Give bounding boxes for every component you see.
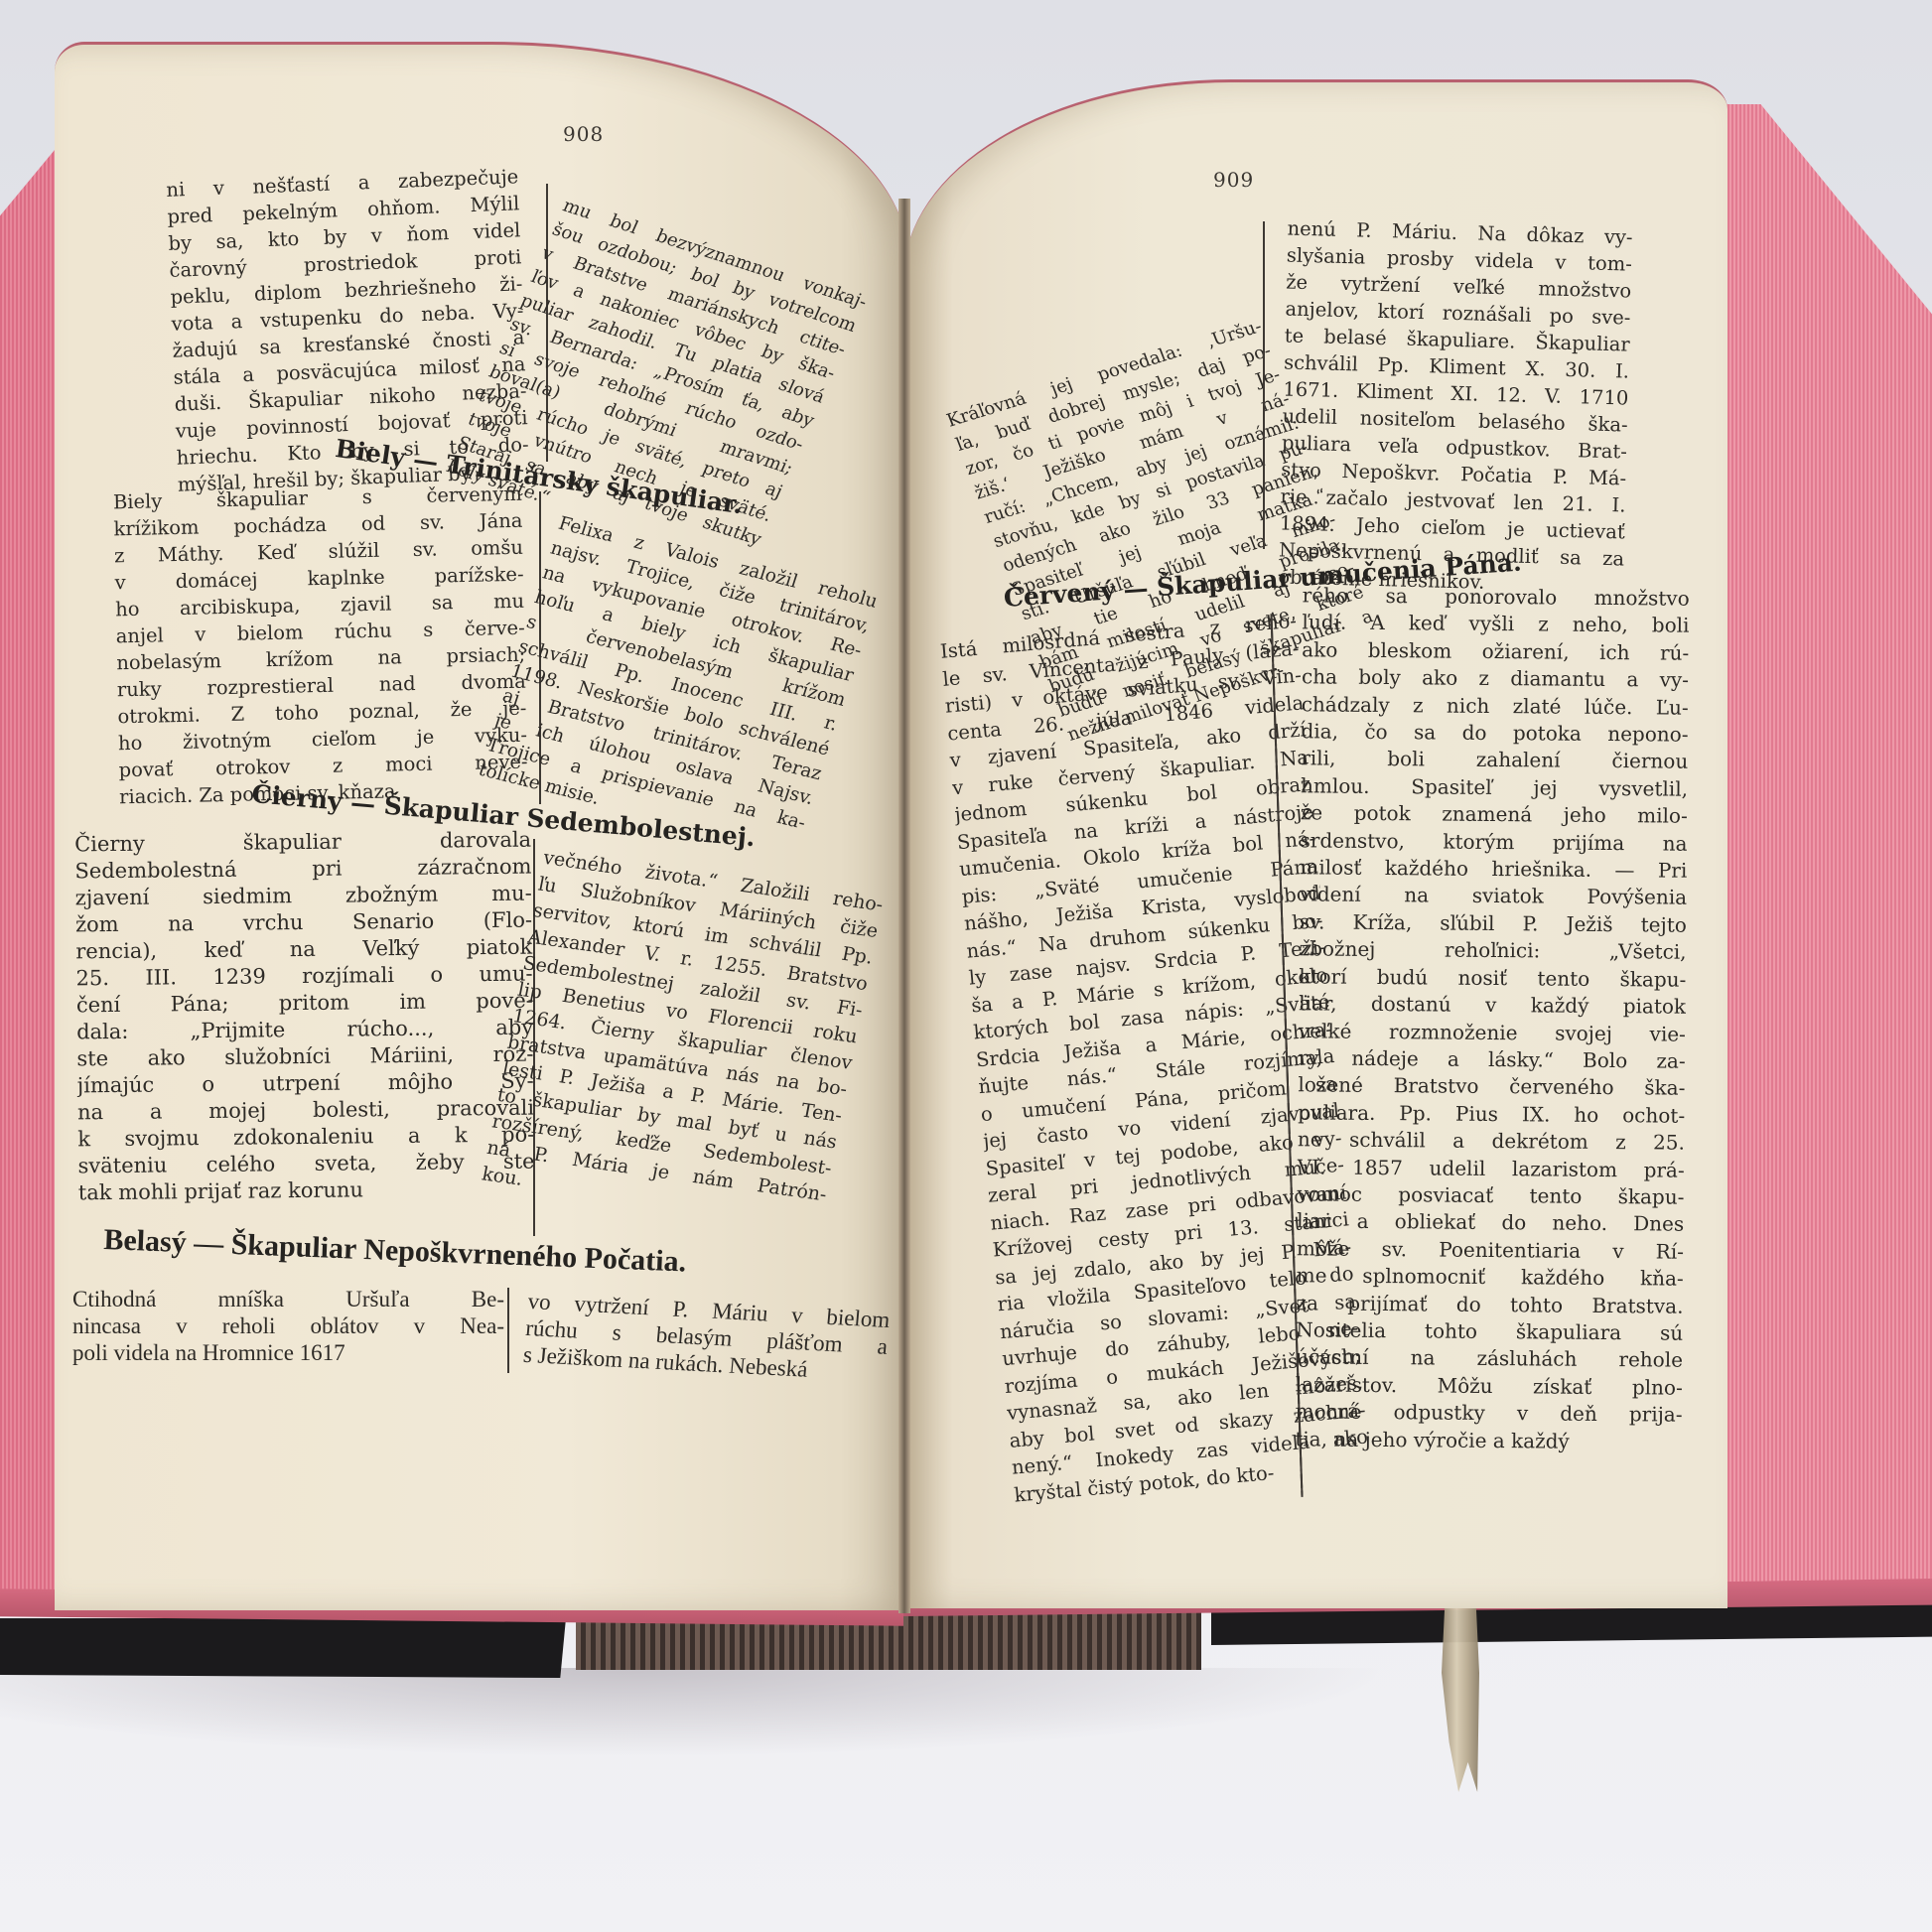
text-column: vo vytržení P. Máriu v bielomrúchu s bel…: [522, 1288, 892, 1387]
text-line: chádzaly z nich zlaté lúče. Ľu-: [1302, 691, 1689, 722]
text-column: Čierny škapuliar darovalaSedembolestná p…: [74, 827, 535, 1207]
text-line: tia, na jeho výročie a každý: [1295, 1426, 1682, 1456]
text-line: účastní na zásluhách rehole: [1296, 1344, 1683, 1375]
text-line: ako bleskom ožiarení, ich rú-: [1302, 636, 1689, 667]
column-rule: [507, 1288, 509, 1373]
text-line: puliara. Pp. Pius IX. ho ochot-: [1298, 1099, 1685, 1130]
text-line: Ctihodná mníška Uršuľa Be-: [72, 1286, 504, 1312]
text-line: nincasa v reholi oblátov v Nea-: [72, 1312, 504, 1339]
text-line: vomoc posviacať tento škapu-: [1297, 1180, 1684, 1211]
text-line: lazaristov. Môžu získať plno-: [1296, 1371, 1683, 1402]
text-line: mocné odpustky v deň prija-: [1295, 1398, 1682, 1429]
text-line: liar, dostanú v každý piatok: [1299, 990, 1686, 1021]
text-column: Biely škapuliar s červenýmkrížikom pochá…: [113, 481, 529, 811]
text-line: milosť každého hriešnika. — Pri: [1300, 854, 1687, 885]
column-rule: [1263, 221, 1265, 549]
text-line: sv. Kríža, sľúbil P. Ježiš tejto: [1300, 908, 1687, 939]
text-line: zbožnej rehoľnici: „Všetci,: [1299, 936, 1686, 967]
text-line: dia, čo sa do potoka nepono-: [1301, 718, 1688, 749]
right-page: 909 Kráľovná jej povedala: ,Uršu-ľa, buď…: [903, 79, 1727, 1608]
text-line: môže sv. Poenitentiaria v Rí-: [1297, 1235, 1684, 1266]
text-line: ne schválil a dekrétom z 25.: [1298, 1126, 1685, 1157]
text-line: za prijímať do tohto Bratstva.: [1296, 1290, 1683, 1320]
text-line: rého sa ponorovalo množstvo: [1303, 582, 1690, 613]
text-line: veľké rozmnoženie svojej vie-: [1299, 1018, 1686, 1048]
text-column: rého sa ponorovalo množstvoľudí. A keď v…: [1295, 582, 1690, 1455]
text-line: tak mohli prijať raz korunu: [78, 1175, 535, 1207]
text-column: Ctihodná mníška Uršuľa Be-nincasa v reho…: [72, 1286, 504, 1366]
text-line: ry, nádeje a lásky.“ Bolo za-: [1299, 1044, 1686, 1075]
text-line: sväteniu celého sveta, žeby ste: [77, 1149, 534, 1180]
text-line: ložené Bratstvo červeného ška-: [1298, 1072, 1685, 1103]
page-block-right-edge: [1704, 104, 1932, 1603]
text-line: hmlou. Spasiteľ jej vysvetlil,: [1301, 772, 1688, 803]
text-line: Nositelia tohto škapuliara sú: [1296, 1316, 1683, 1347]
text-line: rili, boli zahalení čiernou: [1301, 746, 1688, 776]
bookmark-ribbon: [1442, 1593, 1479, 1792]
text-line: srdenstvo, ktorým prijíma na: [1300, 827, 1687, 858]
text-line: ľudí. A keď vyšli z neho, boli: [1302, 610, 1689, 640]
text-column: nenú P. Máriu. Na dôkaz vy-slyšania pros…: [1278, 215, 1633, 600]
text-line: poli videla na Hromnice 1617: [72, 1339, 504, 1366]
text-column: večného života.“ Založili reho-ľu Služob…: [480, 845, 886, 1235]
text-line: že potok znamená jeho milo-: [1301, 800, 1688, 831]
text-line: videní na sviatok Povýšenia: [1300, 882, 1687, 912]
book-gutter: [898, 199, 910, 1613]
text-line: liar a obliekať do neho. Dnes: [1297, 1208, 1684, 1239]
book-photo: 908 ni v nešťastí a zabezpečujepred peke…: [0, 0, 1932, 1932]
book-shadow: [0, 1668, 1390, 1757]
page-number: 908: [563, 122, 604, 146]
text-line: VI. 1857 udelil lazaristom prá-: [1298, 1154, 1685, 1184]
text-line: ktorí budú nosiť tento škapu-: [1299, 963, 1686, 994]
text-line: me splnomocniť každého kňa-: [1297, 1262, 1684, 1293]
text-line: cha boly ako z diamantu a vy-: [1302, 664, 1689, 695]
cover-left: [0, 1618, 566, 1678]
left-page: 908 ni v nešťastí a zabezpečujepred peke…: [55, 42, 908, 1610]
page-number: 909: [1213, 168, 1254, 192]
section-heading-belasy: Belasý — Škapuliar Nepoškvrneného Počati…: [103, 1226, 687, 1276]
